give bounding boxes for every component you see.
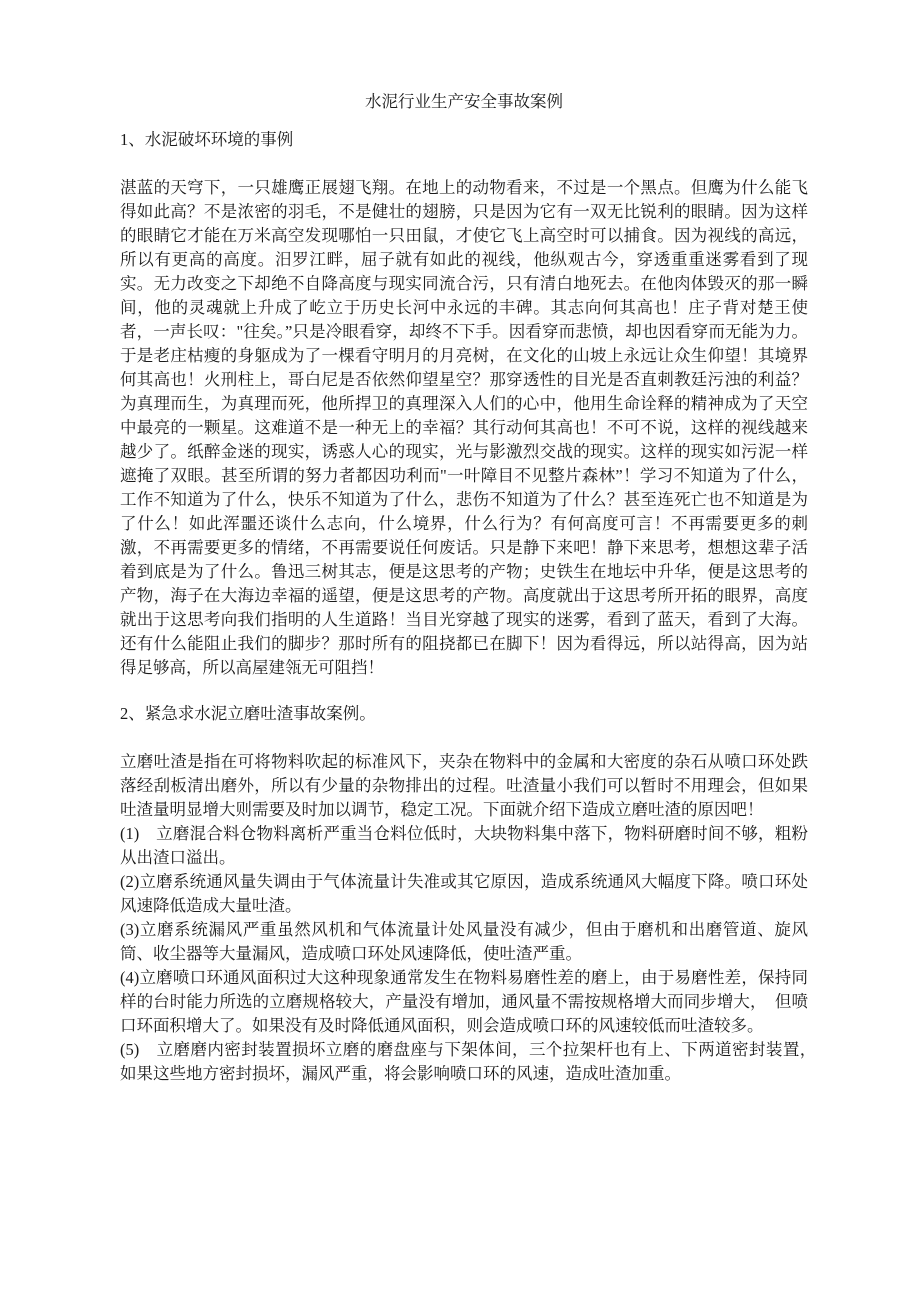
document-page: 水泥行业生产安全事故案例 1、水泥破坏环境的事例 湛蓝的天穹下，一只雄鹰正展翅飞… (0, 0, 920, 1302)
list-item-2: (2)立磨系统通风量失调由于气体流量计失准或其它原因，造成系统通风大幅度下降。喷… (120, 870, 808, 918)
section-2-heading: 2、紧急求水泥立磨吐渣事故案例。 (120, 702, 808, 726)
list-item-3: (3)立磨系统漏风严重虽然风机和气体流量计处风量没有减少，但由于磨机和出磨管道、… (120, 918, 808, 966)
list-item-4: (4)立磨喷口环通风面积过大这种现象通常发生在物料易磨性差的磨上，由于易磨性差，… (120, 966, 808, 1038)
section-1-paragraph: 湛蓝的天穹下，一只雄鹰正展翅飞翔。在地上的动物看来，不过是一个黑点。但鹰为什么能… (120, 176, 808, 680)
section-1-heading: 1、水泥破坏环境的事例 (120, 128, 808, 152)
section-2-paragraph: 立磨吐渣是指在可将物料吹起的标准风下，夹杂在物料中的金属和大密度的杂石从喷口环处… (120, 750, 808, 822)
page-title: 水泥行业生产安全事故案例 (120, 90, 808, 114)
list-item-5: (5) 立磨磨内密封装置损坏立磨的磨盘座与下架体间，三个拉架杆也有上、下两道密封… (120, 1038, 808, 1086)
list-item-1: (1) 立磨混合料仓物料离析严重当仓料位低时，大块物料集中落下，物料研磨时间不够… (120, 822, 808, 870)
